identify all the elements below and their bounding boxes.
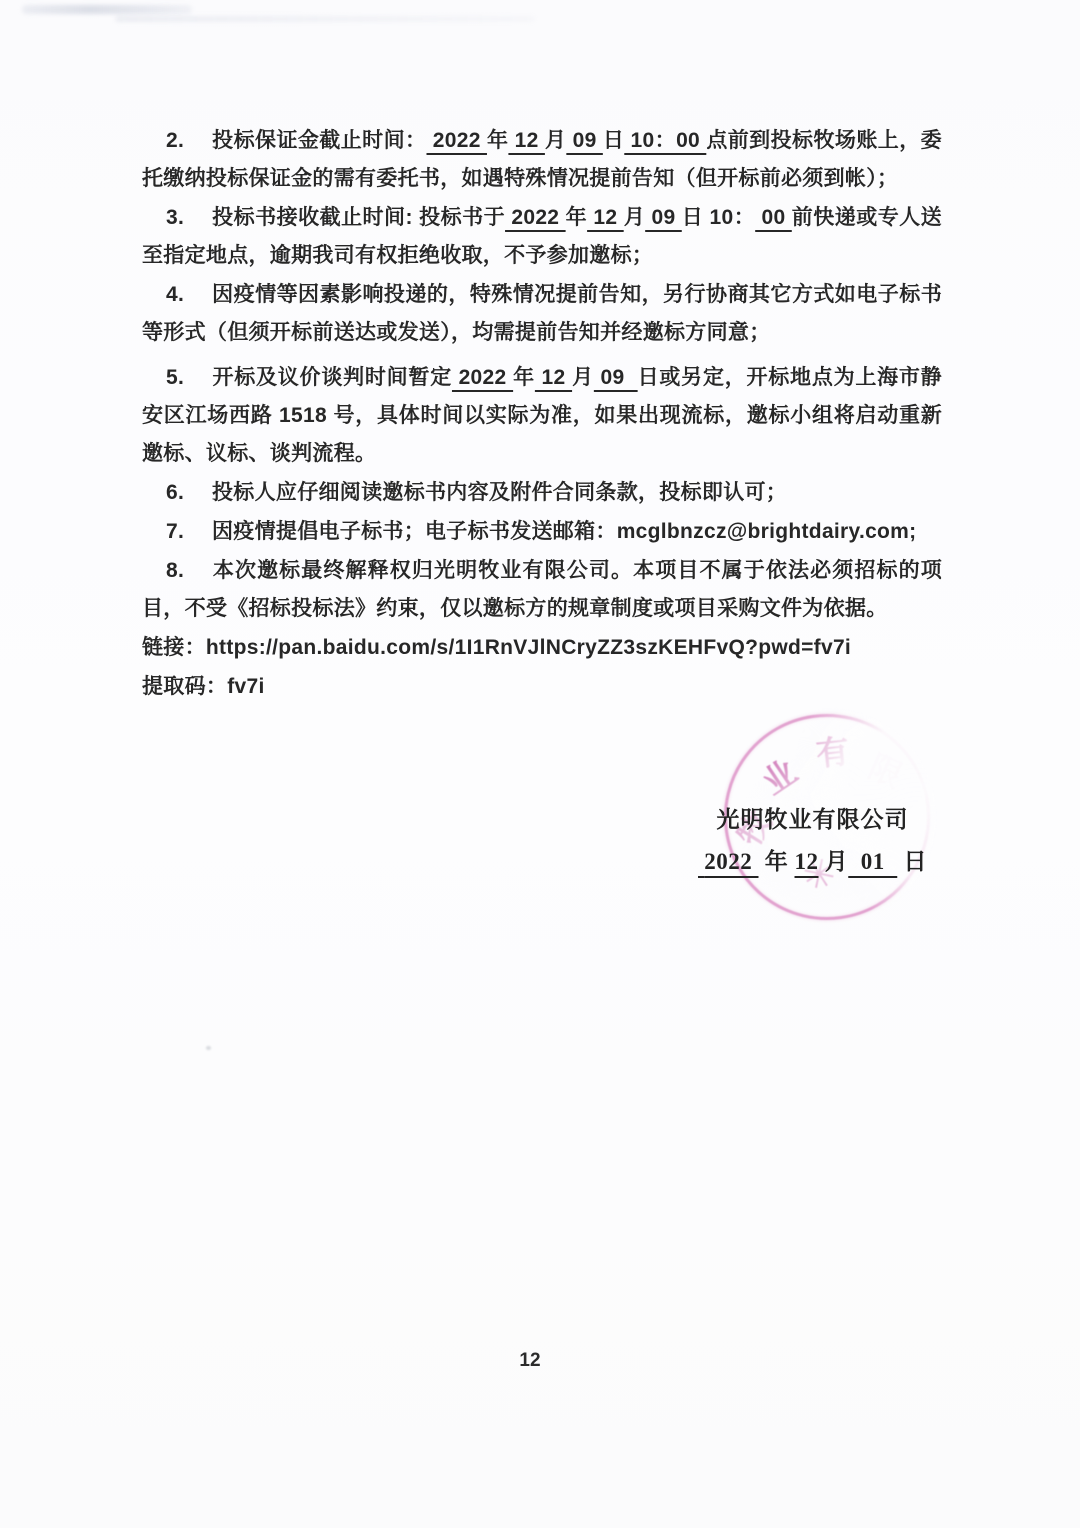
item-2-run-1: 2022	[427, 129, 487, 152]
page-number: 12	[0, 1350, 1060, 1372]
scanned-page: 2.投标保证金截止时间： 2022 年 12 月 09 日 10：00 点前到投…	[0, 0, 1080, 1528]
item-7: 7.因疫情提倡电子标书；电子标书发送邮箱：mcglbnzcz@brightdai…	[142, 513, 942, 551]
item-2-run-0: 投标保证金截止时间：	[212, 129, 427, 152]
item-3-run-4: 月	[624, 206, 645, 229]
item-4-marker: 4.	[166, 276, 212, 314]
item-3-marker: 3.	[166, 199, 212, 237]
item-5-run-4: 月	[572, 366, 594, 389]
item-2-run-2: 年	[487, 129, 508, 152]
item-8: 8.本次邀标最终解释权归光明牧业有限公司。本项目不属于依法必须招标的项目，不受《…	[142, 552, 942, 628]
code-line: 提取码：fv7i	[142, 668, 942, 706]
signature-company: 光明牧业有限公司	[698, 799, 927, 839]
item-4: 4.因疫情等因素影响投递的，特殊情况提前告知，另行协商其它方式如电子标书等形式（…	[142, 276, 942, 352]
item-2-run-6: 日	[603, 129, 624, 152]
scan-smudge-2	[115, 16, 535, 22]
item-2-marker: 2.	[166, 122, 212, 160]
item-7-marker: 7.	[166, 513, 212, 551]
item-4-run-0: 因疫情等因素影响投递的，特殊情况提前告知，另行协商其它方式如电子标书等形式（但须…	[142, 283, 942, 344]
item-5: 5.开标及议价谈判时间暂定 2022 年 12 月 09 日或另定，开标地点为上…	[142, 359, 942, 473]
item-6-run-0: 投标人应仔细阅读邀标书内容及附件合同条款，投标即认可；	[212, 481, 787, 504]
item-5-run-3: 12	[535, 366, 572, 389]
item-3-run-3: 12	[587, 206, 624, 229]
signature-date-run-2: 12	[795, 849, 819, 874]
code-line-run-0: 提取码：	[142, 675, 227, 698]
item-3-run-7: 00	[755, 206, 792, 229]
code-line-run-1: fv7i	[227, 675, 264, 698]
signature-block: 光明牧业有限公司 2022 年 12 月 01 日	[698, 799, 927, 885]
item-2-run-5: 09	[566, 129, 603, 152]
item-5-marker: 5.	[166, 359, 212, 397]
item-5-run-5: 09	[594, 366, 638, 389]
item-5-run-0: 开标及议价谈判时间暂定	[212, 366, 452, 389]
scan-smudge	[22, 5, 192, 14]
item-3-run-2: 年	[566, 206, 587, 229]
link-line-run-0: 链接：	[142, 636, 206, 659]
item-2-run-7: 10：00	[624, 129, 706, 152]
item-3-run-6: 日 10：	[682, 206, 755, 229]
item-3-run-1: 2022	[505, 206, 566, 229]
item-3-run-5: 09	[645, 206, 682, 229]
item-2-run-3: 12	[508, 129, 545, 152]
link-line: 链接：https://pan.baidu.com/s/1I1RnVJlNCryZ…	[142, 629, 942, 667]
signature-date-run-3: 月	[819, 849, 849, 874]
item-6-marker: 6.	[166, 474, 212, 512]
item-3: 3.投标书接收截止时间: 投标书于 2022 年 12 月 09 日 10： 0…	[142, 199, 942, 275]
signature-date-run-4: 01	[848, 849, 897, 874]
item-8-marker: 8.	[166, 552, 212, 590]
item-6: 6.投标人应仔细阅读邀标书内容及附件合同条款，投标即认可；	[142, 474, 942, 512]
item-7-run-1: mcglbnzcz@brightdairy.com;	[617, 520, 917, 543]
signature-date-run-0: 2022	[698, 849, 759, 874]
scan-dot	[206, 1046, 211, 1050]
item-2-run-4: 月	[545, 129, 566, 152]
item-8-run-0: 本次邀标最终解释权归光明牧业有限公司。本项目不属于依法必须招标的项目，不受《招标…	[142, 559, 942, 620]
item-2: 2.投标保证金截止时间： 2022 年 12 月 09 日 10：00 点前到投…	[142, 122, 942, 198]
item-5-run-1: 2022	[452, 366, 513, 389]
item-3-run-0: 投标书接收截止时间: 投标书于	[212, 206, 505, 229]
document-body: 2.投标保证金截止时间： 2022 年 12 月 09 日 10：00 点前到投…	[142, 122, 942, 707]
signature-date: 2022 年 12 月 01 日	[698, 839, 927, 885]
signature-date-run-1: 年	[759, 849, 795, 874]
link-line-run-1: https://pan.baidu.com/s/1I1RnVJlNCryZZ3s…	[206, 636, 851, 659]
signature-date-run-5: 日	[897, 849, 927, 874]
item-7-run-0: 因疫情提倡电子标书；电子标书发送邮箱：	[212, 520, 617, 543]
item-5-run-2: 年	[513, 366, 535, 389]
